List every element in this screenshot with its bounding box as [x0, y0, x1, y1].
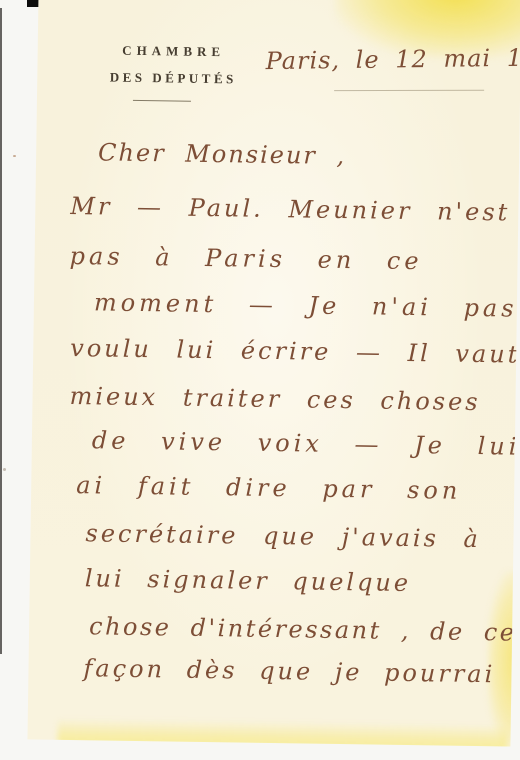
letter-line: voulu lui écrire — Il vaut	[70, 334, 520, 369]
letter-line: ai fait dire par son	[76, 471, 461, 505]
paper-stain-bottom	[57, 718, 507, 747]
letter-line: façon dès que je pourrai	[83, 654, 495, 688]
letterhead: CHAMBRE DES DÉPUTÉS	[97, 42, 250, 102]
letter-line: chose d'intéressant , de cette	[89, 612, 520, 647]
letter-line: secrétaire que j'avais à	[85, 519, 481, 553]
salutation-line: Cher Monsieur ,	[98, 138, 346, 170]
letter-paper: CHAMBRE DES DÉPUTÉS Paris, le 12 mai 191…	[27, 0, 520, 747]
letter-line: de vive voix — Je lui	[92, 426, 520, 460]
letter-line: Mr — Paul. Meunier n'est	[70, 192, 510, 227]
scan-edge-left	[0, 8, 2, 654]
letterhead-rule	[133, 100, 191, 102]
letter-line: pas à Paris en ce	[69, 242, 422, 275]
letter-line: lui signaler quelque	[85, 564, 412, 597]
dust-speck	[13, 155, 16, 157]
paper-stain-right-edge	[486, 571, 520, 746]
letter-line: moment — Je n'ai pas	[94, 288, 518, 322]
letterhead-line2: DES DÉPUTÉS	[97, 69, 249, 87]
letter-line: mieux traiter ces choses	[69, 382, 480, 416]
scanned-letter-page: CHAMBRE DES DÉPUTÉS Paris, le 12 mai 191…	[0, 0, 520, 760]
date-script: Paris, le 12 mai 1916	[265, 43, 520, 75]
dust-speck	[3, 468, 6, 471]
date-underline	[334, 90, 484, 91]
letterhead-line1: CHAMBRE	[98, 42, 250, 60]
